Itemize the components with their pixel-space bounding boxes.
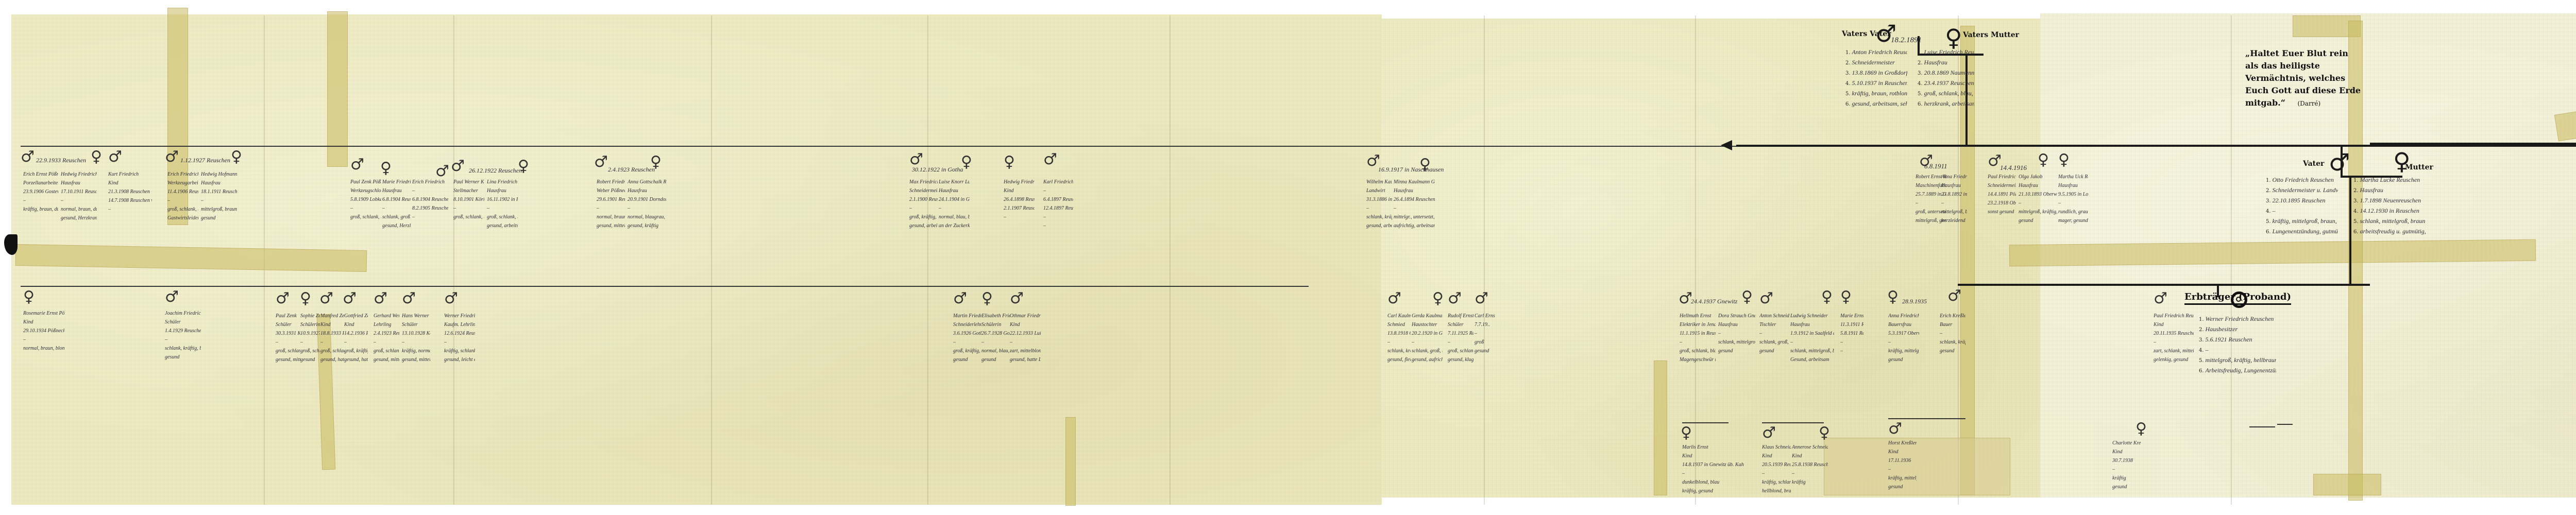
marriage-date: 6.8.1911 xyxy=(1924,162,1947,170)
entry-vater: 1.Otto Friedrich Reuschen 2.Schneidermei… xyxy=(2266,175,2338,237)
female-symbol-icon: ♀ xyxy=(1840,289,1852,305)
entry-cousin: Hans Werner KöritzSchüler13.10.1928 Köri… xyxy=(402,312,430,364)
male-symbol-icon: ♂ xyxy=(1448,291,1462,306)
arrow-left-icon xyxy=(1721,140,1732,150)
male-symbol-icon: ♂ xyxy=(909,152,923,167)
female-symbol-icon: ♀ xyxy=(1681,425,1692,441)
paternal-marriage-date: 18.2.1891 xyxy=(1891,36,1922,45)
entry-cousin: Carl Ernst7.7.19..–großgesund xyxy=(1475,312,1495,355)
entry-family-husband: Robert Friedrich ReuschenWeber Pößneck29… xyxy=(597,178,625,230)
male-symbol-icon: ♂ xyxy=(953,291,967,306)
marriage-date: 28.9.1935 xyxy=(1902,298,1927,305)
marriage-date: 22.9.1933 Reuschen xyxy=(36,157,86,164)
entry-family-husband: Paul Zenk Pößneck-DöbritzWerkzeugschloss… xyxy=(350,178,381,221)
marriage-date: 26.12.1922 Reuschen xyxy=(469,167,522,175)
entry-family-wife: Anna Gottschalk ReuschenHausfrau20.9.190… xyxy=(628,178,666,230)
marriage-date: 16.9.1917 in Naschhausen xyxy=(1378,166,1444,174)
entry-child: Klaus SchneiderKind20.5.1939 Reuschen–kr… xyxy=(1762,443,1791,495)
female-symbol-icon: ♀ xyxy=(1741,289,1753,305)
male-symbol-icon: ♂ xyxy=(350,157,364,173)
entry-cousin: Rudolf ErnstSchüler7.11.1925 Reuschen–gr… xyxy=(1448,312,1473,364)
fold-line xyxy=(1170,15,1171,505)
male-symbol-icon: ♂ xyxy=(1759,291,1773,306)
marriage-date: 24.4.1937 Gnewitz xyxy=(1691,298,1737,305)
entry-cousin: Werner Friedrich PößneckKaufm. Lehrling … xyxy=(444,312,475,364)
male-symbol-icon: ♂ xyxy=(2154,291,2167,306)
entry-cousin: Sophie ZenkSchülerin10.9.1927 Pößneck–gr… xyxy=(300,312,320,364)
entry-cousin: Martin Friedrich LuisenhofSchneiderlehrl… xyxy=(953,312,981,364)
fold-line xyxy=(927,15,928,505)
entry-cousin: Gottfried ZenkKind14.2.1936 Pößneck-Döbr… xyxy=(344,312,368,364)
fold-line xyxy=(711,15,712,505)
female-symbol-icon: ♀ xyxy=(2136,421,2147,437)
female-symbol-icon: ♀ xyxy=(1887,289,1899,305)
entry-family-wife: Hedwig Hofmann RanburgHausfrau18.1.1911 … xyxy=(201,170,237,222)
male-symbol-icon: ♂ xyxy=(343,291,357,306)
children-line xyxy=(1888,418,1965,419)
tape-strip xyxy=(2313,474,2381,495)
entry-proband: 1.Werner Friedrich Reuschen 2.Hausbesitz… xyxy=(2199,314,2276,376)
entry-family-wife: Luise Knorr LuisenhofHausfrau24.1.1904 i… xyxy=(939,178,970,230)
entry-cousin: Othmar FriedrichKind22.12.1933 Luisenhof… xyxy=(1010,312,1041,364)
female-symbol-icon: ♀ xyxy=(1821,289,1833,305)
entry-family-wife: Hedwig Friedrich PößneckHausfrau17.10.19… xyxy=(61,170,97,222)
marriage-date: 2.4.1923 Reuschen xyxy=(608,166,655,174)
marriage-date: 30.12.1922 in Gotha xyxy=(912,166,963,174)
entry-family-single: Hedwig FriedrichKind26.4.1898 Reuschen2.… xyxy=(1004,178,1035,221)
entry-family-husband: Anton Schneider ReuschenTischler–schlank… xyxy=(1759,312,1789,355)
entry-family-single: Marie Ernst11.3.1911 Reuschen5.8.1911 Re… xyxy=(1840,312,1863,355)
entry-cousin: Joachim FriedrichSchüler1.4.1929 Reusche… xyxy=(165,309,201,362)
marriage-date: 1.12.1927 Reuschen xyxy=(180,157,230,164)
entry-sibling-wife: Anna Friedrich Reuschen Hausfrau 23.8.18… xyxy=(1941,173,1967,225)
heading-mutter: Mutter xyxy=(2405,163,2433,171)
male-symbol-icon: ♂ xyxy=(402,291,416,306)
maternal-sibling-line xyxy=(2370,143,2576,145)
female-symbol-icon: ♀ xyxy=(300,291,311,306)
female-symbol-icon: ♀ xyxy=(380,161,392,176)
male-symbol-icon: ♂ xyxy=(1010,291,1024,306)
female-symbol-icon: ♀ xyxy=(2058,152,2070,168)
female-symbol-icon: ♀ xyxy=(91,149,102,165)
entry-family-husband: Paul Werner KöritzStellmacher8.10.1901 K… xyxy=(453,178,484,221)
entry-cousin: Manfred ZenkKind18.8.1933 Pößneck-Döbrit… xyxy=(320,312,344,364)
entry-cousin: Rosemarie Ernst PößneckKind29.10.1934 Pö… xyxy=(23,309,64,353)
entry-family-wife: Minna Kaulmann Gotha b. HeiligenstadtHau… xyxy=(1394,178,1435,230)
male-symbol-icon: ♂ xyxy=(276,291,290,306)
fold-line xyxy=(1695,15,1696,505)
female-symbol-icon: ♀ xyxy=(231,149,242,165)
entry-vaters-vater: 1.Anton Friedrich Reuschen 2.Schneiderme… xyxy=(1845,47,1907,109)
tape-strip xyxy=(327,11,348,167)
male-symbol-icon: ♂ xyxy=(1988,153,2002,169)
entry-cousin: Gerhard Werner KöritzLehrling2.4.1923 Re… xyxy=(374,312,399,364)
heading-vater: Vater xyxy=(2303,160,2324,168)
entry-mutter: 1.Martha Lucke Reuschen 2.Hausfrau 3.1.7… xyxy=(2353,175,2426,237)
female-symbol-icon: ♀ xyxy=(981,291,993,306)
female-symbol-icon: ♀ xyxy=(1432,291,1444,306)
sibling-line-left xyxy=(21,146,1736,147)
entry-sibling-single: Martha Uck Reuschen Hausfrau 9.5.1905 in… xyxy=(2058,173,2088,225)
male-symbol-icon: ♂ xyxy=(444,291,458,306)
entry-family-husband: Erich Friedrich RanburgWerkzeugarbeiter … xyxy=(167,170,198,222)
entry-child: Annerose SchneiderKind25.8.1938 Reuschen… xyxy=(1792,443,1828,487)
quote-text: „Haltet Euer Blut rein als das heiligste… xyxy=(2245,48,2361,108)
male-symbol-icon: ♂ xyxy=(594,154,608,170)
entry-child: Horst KreßlerKind17.11.1936–kräftig, mit… xyxy=(1888,439,1917,491)
tape-strip xyxy=(1065,417,1076,506)
darre-quote: „Haltet Euer Blut rein als das heiligste… xyxy=(2245,47,2364,110)
marriage-date: 14.4.1916 xyxy=(2000,164,2027,172)
male-symbol-icon: ♂ xyxy=(374,291,387,306)
entry-family-wife: Dora Strauch Gnewitz üb. KahlaHausfrau–s… xyxy=(1718,312,1755,355)
entry-cousin: Paul ZenkSchüler30.3.1931 Kahla b. Saalf… xyxy=(276,312,300,364)
entry-family-other: Erich Friedrich–6.8.1904 Reuschen8.2.190… xyxy=(412,178,448,221)
proband-side-marker xyxy=(2277,424,2293,425)
children-line xyxy=(1682,422,1728,423)
entry-cousin: Carl KaulmannSchmied13.8.1918 Gotha–schl… xyxy=(1387,312,1411,364)
male-symbol-icon: ♂ xyxy=(451,159,465,174)
entry-family-husband: Hellmuth ErnstElektriker in Jena11.1.191… xyxy=(1680,312,1716,364)
entry-family-husband: Max FriedrichSchneidermeister Luisenhof2… xyxy=(909,178,938,230)
proband-sibling-line xyxy=(1958,284,2370,286)
fold-line xyxy=(453,15,454,505)
entry-cousin: Elisabeth FriedrichSchülerin26.7.1928 Go… xyxy=(981,312,1010,364)
male-symbol-icon: ♂ xyxy=(21,149,35,165)
entry-family-wife: Ludwig SchneiderHausfrau1.9.1912 in Saal… xyxy=(1790,312,1834,364)
male-symbol-icon: ♂ xyxy=(1888,421,1902,437)
entry-cousin: Gerda Kaulmann GothaHaustochter20.2.1920… xyxy=(1412,312,1443,364)
entry-family-single: Paul Friedrich ReuschenKind20.11.1935 Re… xyxy=(2154,312,2194,364)
female-symbol-icon: ♀ xyxy=(1945,26,1962,49)
entry-vaters-mutter: 1.Luise Friedrich Reuschen 2.Hausfrau 3.… xyxy=(1918,47,1974,109)
male-symbol-icon: ♂ xyxy=(1762,425,1776,441)
entry-family-husband: Erich KreßlerBauer–schlank, kräftiggesun… xyxy=(1940,312,1965,355)
entry-family-wife: Anna FriedrichBauersfrau5.3.1917 Oberwel… xyxy=(1888,312,1919,364)
proband-symbol-icon xyxy=(2231,291,2247,308)
male-symbol-icon: ♂ xyxy=(1947,288,1961,304)
entry-family-husband: Erich Ernst PößneckPorzellanarbeiter23.9… xyxy=(23,170,58,214)
male-symbol-icon: ♂ xyxy=(1475,291,1488,306)
male-symbol-icon: ♂ xyxy=(1679,291,1692,306)
entry-family-single: Karl Friedrich–6.4.1897 Reuschen12.4.189… xyxy=(1043,178,1073,230)
tape-strip xyxy=(1824,438,2010,495)
entry-family-wife: Lina FriedrichHausfrau16.11.1902 in Reus… xyxy=(487,178,518,230)
entry-family-single: Kurt FriedrichKind21.3.1908 Reuschen14.7… xyxy=(108,170,152,214)
male-symbol-icon: ♂ xyxy=(1387,291,1401,306)
parents-descent-line xyxy=(2349,176,2351,284)
sibling-line-right xyxy=(1736,145,2576,147)
male-symbol-icon: ♂ xyxy=(2329,150,2350,174)
entry-family-wife: Marie FriedrichHausfrau6.8.1904 Reuschen… xyxy=(382,178,411,230)
male-symbol-icon: ♂ xyxy=(108,149,122,165)
female-symbol-icon: ♀ xyxy=(1819,425,1830,441)
cousin-line xyxy=(21,286,1309,287)
tape-strip xyxy=(1654,360,1667,495)
quote-author: (Darré) xyxy=(2298,100,2321,107)
female-symbol-icon: ♀ xyxy=(2038,152,2049,168)
fold-line xyxy=(1484,15,1485,505)
entry-child: Marlis ErnstKind14.8.1937 in Gnewitz üb.… xyxy=(1682,443,1744,495)
male-symbol-icon: ♂ xyxy=(319,291,333,306)
children-line xyxy=(1762,422,1824,423)
entry-family-husband: Wilhelm Kaulmann GothaLandwirt31.3.1886 … xyxy=(1366,178,1392,230)
proband-side-marker xyxy=(2249,426,2275,427)
entry-child: Charlotte KreßlerKind30.7.1938–kräftigge… xyxy=(2112,439,2141,491)
female-symbol-icon: ♀ xyxy=(23,289,35,305)
male-symbol-icon: ♂ xyxy=(1043,152,1057,167)
female-symbol-icon: ♀ xyxy=(1004,154,1015,170)
torn-fiber xyxy=(4,234,18,255)
entry-sibling-wife: Olga Jakob Hausfrau 21.10.1893 Oberwelle… xyxy=(2019,173,2057,225)
heading-vaters-mutter: Vaters Mutter xyxy=(1963,31,2019,39)
male-symbol-icon: ♂ xyxy=(165,149,179,165)
entry-sibling-husband: Paul Friedrich Schneidermeister Oberwell… xyxy=(1988,173,2016,216)
male-symbol-icon: ♂ xyxy=(165,289,179,305)
male-symbol-icon: ♂ xyxy=(435,164,449,179)
